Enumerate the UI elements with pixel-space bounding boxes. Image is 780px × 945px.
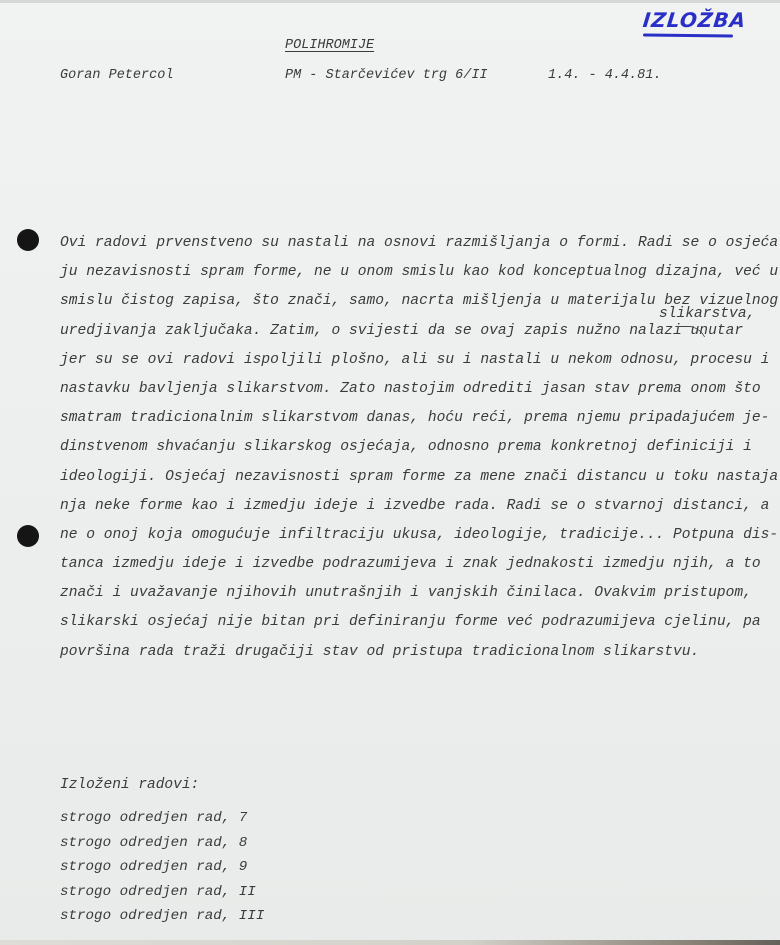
- document-page: IZLOŽBA POLIHROMIJE Goran Petercol PM - …: [0, 0, 780, 945]
- body-line: dinstvenom shvaćanju slikarskog osjećaja…: [60, 437, 760, 466]
- works-list: strogo odredjen rad, 7 strogo odredjen r…: [60, 809, 264, 932]
- body-line: nja neke forme kao i izmedju ideje i izv…: [60, 496, 760, 525]
- body-line: površina rada traži drugačiji stav od pr…: [60, 642, 760, 671]
- body-line: smislu čistog zapisa, što znači, samo, n…: [60, 291, 760, 320]
- body-paragraph: Ovi radovi prvenstveno su nastali na osn…: [60, 233, 760, 671]
- body-line: nastavku bavljenja slikarstvom. Zato nas…: [60, 379, 760, 408]
- author-name: Goran Petercol: [60, 68, 173, 83]
- body-line: ju nezavisnosti spram forme, ne u onom s…: [60, 262, 760, 291]
- handwritten-stamp: IZLOŽBA: [642, 8, 748, 32]
- body-line: ne o onoj koja omogućuje infiltraciju uk…: [60, 525, 760, 554]
- document-title: POLIHROMIJE: [285, 38, 374, 53]
- works-list-item: strogo odredjen rad, III: [60, 907, 264, 932]
- page-bottom-edge: [0, 940, 780, 945]
- page-top-edge: [0, 0, 780, 3]
- body-line: ideologiji. Osjećaj nezavisnosti spram f…: [60, 467, 760, 496]
- exhibition-dates: 1.4. - 4.4.81.: [548, 68, 661, 83]
- works-list-item: strogo odredjen rad, II: [60, 883, 264, 908]
- works-heading: Izloženi radovi:: [60, 777, 199, 793]
- exhibition-venue: PM - Starčevićev trg 6/II: [285, 68, 488, 83]
- body-line: uredjivanja zaključaka. Zatim, o svijest…: [60, 321, 760, 350]
- body-line: slikarski osjećaj nije bitan pri definir…: [60, 612, 760, 641]
- body-line: smatram tradicionalnim slikarstvom danas…: [60, 408, 760, 437]
- typed-insertion: slikarstva,: [659, 306, 755, 322]
- works-list-item: strogo odredjen rad, 7: [60, 809, 264, 834]
- body-line: znači i uvažavanje njihovih unutrašnjih …: [60, 583, 760, 612]
- punch-hole-icon: [17, 525, 39, 547]
- body-line: tanca izmedju ideje i izvedbe podrazumij…: [60, 554, 760, 583]
- works-list-item: strogo odredjen rad, 9: [60, 858, 264, 883]
- body-line: Ovi radovi prvenstveno su nastali na osn…: [60, 233, 760, 262]
- stamp-underline: [643, 34, 733, 38]
- works-list-item: strogo odredjen rad, 8: [60, 834, 264, 859]
- body-line: jer su se ovi radovi ispoljili plošno, a…: [60, 350, 760, 379]
- punch-hole-icon: [17, 229, 39, 251]
